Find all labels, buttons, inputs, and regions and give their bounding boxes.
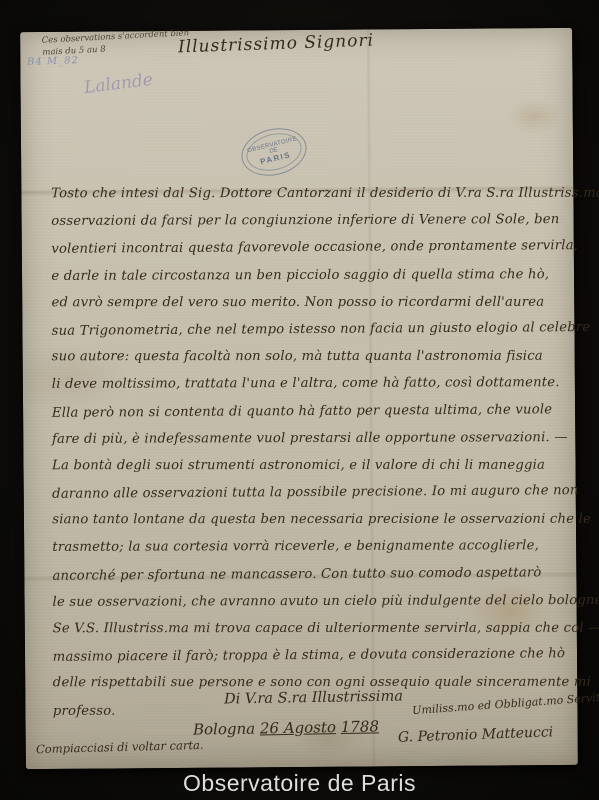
letter-line: ancorché per sfortuna ne mancassero. Con…: [52, 559, 564, 590]
letter-place: Bologna: [193, 720, 255, 739]
shelfmark-annotation: B4 M_82: [27, 55, 79, 68]
letter-line: osservazioni da farsi per la congiunzion…: [51, 206, 563, 235]
letter-line: suo autore: questa facoltà non solo, mà …: [52, 343, 564, 371]
letter-line: volentieri incontrai questa favorevole o…: [51, 233, 563, 264]
letter-line: siano tanto lontane da questa ben necess…: [52, 506, 564, 534]
letter-place-date: Bologna 26 Agosto 1788: [193, 717, 379, 738]
photograph-frame: Ces observations s'accordent bien mais d…: [0, 0, 599, 800]
stamp-text-bottom: PARIS: [259, 150, 292, 166]
photo-caption: Observatoire de Paris: [0, 767, 599, 800]
stamp-text-middle: DE: [269, 147, 279, 155]
letter-line: fare di più, è indefessamente vuol prest…: [52, 424, 564, 453]
letter-line: Ella però non si contenta di quanto hà f…: [52, 396, 564, 427]
letter-line: le sue osservazioni, che avranno avuto u…: [52, 587, 564, 616]
letter-valediction: Di V.ra S.ra Illustrissima: [224, 688, 403, 707]
letter-line: Se V.S. Illustriss.ma mi trova capace di…: [53, 615, 565, 643]
letter-line: Tosto che intesi dal Sig. Dottore Cantor…: [51, 180, 563, 208]
letter-date-year: 1788: [341, 717, 379, 736]
stamp-text-top: OBSERVATOIRE: [247, 136, 298, 154]
letter-line: La bontà degli suoi strumenti astronomic…: [52, 452, 564, 480]
letter-line: ed avrò sempre del vero suo merito. Non …: [51, 289, 563, 317]
letter-line: li deve moltissimo, trattata l'una e l'a…: [52, 369, 564, 398]
letter-date-day: 26 Agosto: [260, 718, 336, 737]
letter-line: trasmetto; la sua cortesia vorrà ricever…: [52, 533, 564, 562]
letter-line: sua Trigonometria, che nel tempo istesso…: [51, 314, 563, 345]
letter-line: massimo piacere il farò; troppa è la sti…: [53, 640, 565, 671]
letter-line: e darle in tale circostanza un ben picci…: [51, 261, 563, 290]
letter-body: Tosto che intesi dal Sig. Dottore Cantor…: [51, 179, 565, 725]
letter-line: daranno alle osservazioni tutta la possi…: [52, 477, 564, 508]
